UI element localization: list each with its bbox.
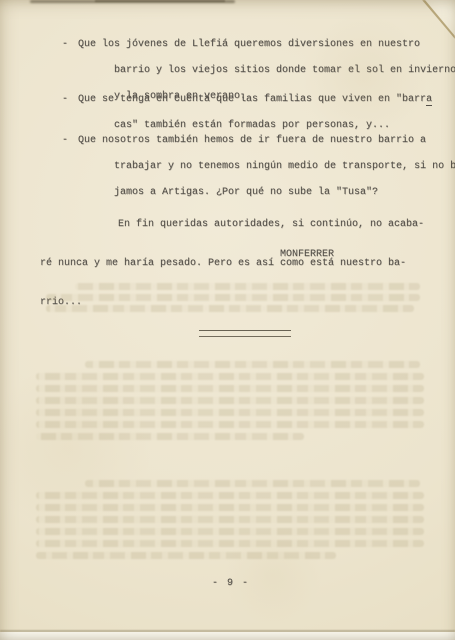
scanned-document-page: - Que los jóvenes de Llefiá queremos div… [0,0,455,640]
bleedthrough-line [46,305,414,312]
bleedthrough-line [36,540,424,547]
bleedthrough-line [36,528,424,535]
paragraph-line: En fin queridas autoridades, si continúo… [40,218,430,231]
bullet-text: Que se tenga en cuenta que las familias … [78,93,432,132]
paragraph-line: ré nunca y me haría pesado. Pero es así … [40,257,430,270]
bullet-item-2: - Que se tenga en cuenta que las familia… [62,93,432,132]
bleedthrough-line [36,373,424,380]
bleedthrough-line [36,433,304,440]
scan-background-strip [0,632,455,640]
bullet-dash: - [62,93,78,106]
bullet-line: Que nosotros también hemos de ir fuera d… [78,135,426,146]
bullet-line: Que los jóvenes de Llefiá queremos diver… [78,39,420,50]
bleedthrough-line [46,294,420,301]
bullet-dash: - [62,134,78,147]
scan-edge-smudge [95,0,225,2]
bleedthrough-line [36,409,424,416]
bullet-line: trabajar y no tenemos ningún medio de tr… [114,161,455,172]
bullet-item-3: - Que nosotros también hemos de ir fuera… [62,134,455,199]
bullet-dash: - [62,38,78,51]
bleedthrough-line [36,552,336,559]
bullet-line-part: Que se tenga en cuenta que las familias … [78,94,426,105]
bleedthrough-line [36,516,424,523]
bleedthrough-line [85,361,420,368]
closing-paragraph: En fin queridas autoridades, si continúo… [40,192,430,335]
bullet-line: barrio y los viejos sitios donde tomar e… [114,65,455,76]
bleedthrough-line [36,397,424,404]
separator-double-rule [199,330,291,337]
underlined-syllable: a [426,94,432,106]
bullet-line: Que se tenga en cuenta que las familias … [78,94,432,106]
signature: MONFERRER [280,248,334,261]
bleedthrough-line [36,385,424,392]
bleedthrough-line [36,492,424,499]
bleedthrough-line [36,504,424,511]
bleedthrough-line [85,480,420,487]
bullet-text: Que nosotros también hemos de ir fuera d… [78,134,455,199]
bullet-line: cas" también están formadas por personas… [114,120,390,131]
page-number: - 9 - [212,577,250,590]
bleedthrough-line [75,283,420,290]
bleedthrough-line [36,421,424,428]
